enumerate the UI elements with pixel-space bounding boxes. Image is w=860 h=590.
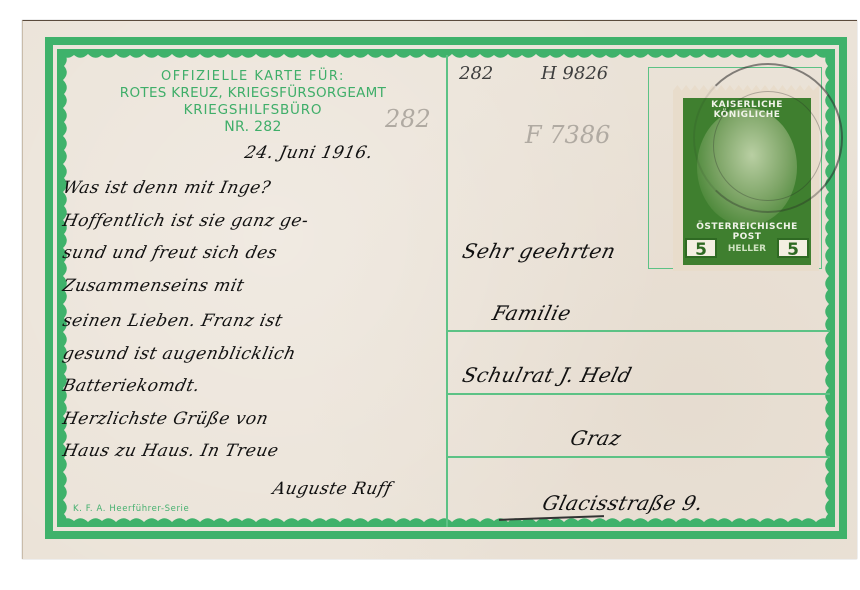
message-line: gesund ist augenblicklich (61, 344, 298, 364)
address-city: Graz (568, 426, 624, 450)
header-line-1: OFFIZIELLE KARTE FÜR: (63, 68, 443, 85)
message-line: seinen Lieben. Franz ist (61, 311, 285, 331)
message-line: Was ist denn mit Inge? (61, 178, 273, 198)
address-family: Familie (490, 301, 574, 325)
pencil-note-inventory: H 9826 (541, 63, 608, 84)
pencil-note-282: 282 (459, 63, 493, 84)
stamp-denomination-left: 5 (685, 238, 717, 258)
postcard: OFFIZIELLE KARTE FÜR: ROTES KREUZ, KRIEG… (22, 20, 857, 559)
message-date: 24. Juni 1916. (243, 143, 375, 163)
message-line: Haus zu Haus. In Treue (61, 441, 281, 461)
message-signature: Auguste Ruff (271, 479, 394, 499)
address-line-2 (448, 393, 830, 395)
message-line: Batteriekomdt. (61, 376, 202, 396)
address-line-3 (448, 456, 830, 458)
stamp-denomination-right: 5 (777, 238, 809, 258)
pencil-note-faint-282: 282 (385, 105, 431, 133)
header-line-2: ROTES KREUZ, KRIEGSFÜRSORGEAMT (63, 85, 443, 102)
message-line: sund und freut sich des (61, 243, 279, 263)
stamp-currency: HELLER (721, 244, 773, 254)
message-line: Herzlichste Grüße von (61, 409, 270, 429)
postmark-inner-ring (713, 91, 823, 201)
address-salutation: Sehr geehrten (460, 239, 618, 263)
address-street: Glacisstraße 9. (540, 491, 706, 515)
address-line-1 (448, 330, 830, 332)
address-recipient: Schulrat J. Held (460, 363, 635, 387)
pencil-note-faint-number: F 7386 (525, 121, 610, 149)
series-label: K. F. A. Heerführer-Serie (73, 504, 189, 514)
message-line: Hoffentlich ist sie ganz ge- (61, 211, 311, 231)
message-line: Zusammenseins mit (61, 276, 246, 296)
